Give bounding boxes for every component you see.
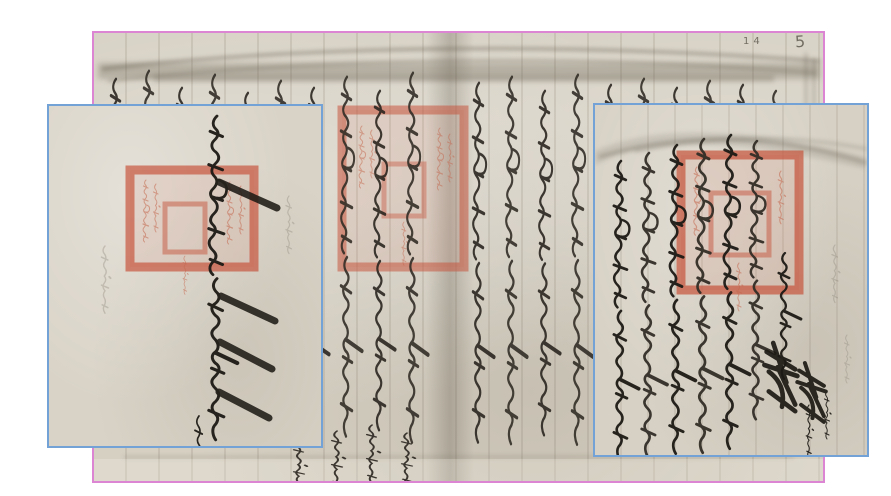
ghost-writing [832,245,851,383]
pencil-note: 14 [743,36,764,47]
inset-left-artwork [49,106,323,448]
seal-stamp [342,110,464,267]
magnifier-inset-right [593,103,869,457]
seal-stamp-magnified [681,155,799,311]
signature-flourish [764,343,831,457]
page-number: 5 [794,32,805,52]
magnifier-inset-left [47,104,323,448]
figure-canvas: 14 5 [0,0,891,496]
inset-right-artwork [595,105,869,457]
